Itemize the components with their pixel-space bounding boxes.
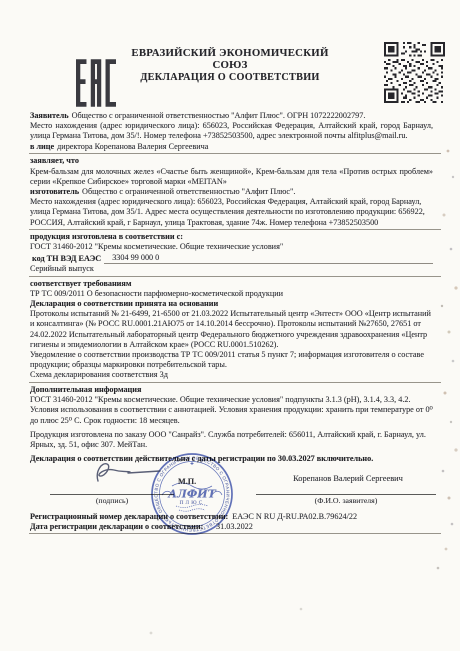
section-divider: [29, 153, 441, 154]
section-divider: [29, 276, 441, 277]
ordered-by: Продукция изготовлена по заказу ООО "Сан…: [30, 430, 433, 450]
product-description: Крем-бальзам для молочных желез «Счастье…: [30, 167, 433, 187]
section-divider: [29, 382, 441, 383]
eac-logo-icon: [76, 58, 116, 108]
manufacturer-line: изготовительОбщество с ограниченной отве…: [30, 187, 433, 197]
complies-value: ТР ТС 009/2011 О безопасности парфюмерно…: [30, 289, 433, 299]
made-in-accordance-value: ГОСТ 31460-2012 "Кремы косметические. Об…: [30, 242, 433, 252]
qr-code-icon: [384, 42, 445, 103]
tnved-line: код ТН ВЭД ЕАЭС3304 99 000 0: [30, 253, 433, 264]
manufacturer-address: Место нахождения (адрес юридического лиц…: [30, 197, 433, 228]
page-title: ДЕКЛАРАЦИЯ О СООТВЕТСТВИИ: [118, 72, 342, 84]
basis-notification: Уведомление о соответствии производства …: [30, 350, 433, 370]
applicant-name: Корепанов Валерий Сергеевич: [260, 474, 436, 484]
manufacturer-value: Общество с ограниченной ответственностью…: [82, 187, 295, 196]
manufacturer-label: изготовитель: [30, 187, 79, 196]
stamp-center-sub: ПЛЮС: [180, 500, 205, 506]
in-person-label: в лице: [30, 142, 54, 151]
signature-ink: [88, 459, 168, 489]
additional-gost: ГОСТ 31460-2012 "Кремы косметические. Об…: [30, 395, 433, 405]
additional-conditions: Условия использования в соответствии с а…: [30, 405, 433, 425]
made-in-accordance-label: продукция изготовлена в соответствии с:: [30, 232, 433, 242]
declaration-document: ЕВРАЗИЙСКИЙ ЭКОНОМИЧЕСКИЙ СОЮЗ ДЕКЛАРАЦИ…: [0, 0, 460, 651]
release-type: Серийный выпуск: [30, 264, 433, 274]
stamp-center-name: АЛФИТ: [167, 487, 217, 500]
basis-protocols: Протоколы испытаний № 21-6499, 21-6500 о…: [30, 309, 433, 350]
section-divider: [29, 229, 441, 230]
document-body: ЗаявительОбщество с ограниченной ответст…: [30, 111, 433, 536]
applicant-value: Общество с ограниченной ответственностью…: [72, 111, 366, 120]
name-caption: (Ф.И.О. заявителя): [256, 496, 436, 506]
additional-label: Дополнительная информация: [30, 385, 433, 395]
name-line: [256, 494, 436, 495]
declares-label: заявляет, что: [30, 156, 433, 166]
applicant-address: Место нахождения (адрес юридического лиц…: [30, 121, 433, 141]
basis-label: Декларация о соответствии принята на осн…: [30, 299, 433, 309]
tnved-label: код ТН ВЭД ЕАЭС: [30, 254, 101, 264]
scan-noise: [0, 0, 2, 2]
stamp-place-label: М.П.: [178, 477, 196, 487]
applicant-label: Заявитель: [30, 111, 69, 120]
signature-row: (подпись) М.П. ОБЩЕСТВО С ОГРАНИЧЕННОЙ О…: [30, 468, 433, 512]
tnved-code: 3304 99 000 0: [104, 253, 433, 264]
document-header: ЕВРАЗИЙСКИЙ ЭКОНОМИЧЕСКИЙ СОЮЗ ДЕКЛАРАЦИ…: [118, 47, 342, 84]
scheme-line: Схема декларирования соответствия 3д: [30, 370, 433, 380]
in-person-line: в лицедиректора Корепанова Валерия Серге…: [30, 142, 433, 152]
in-person-value: директора Корепанова Валерия Сергеевича: [57, 142, 208, 151]
complies-label: соответствует требованиям: [30, 279, 433, 289]
registration-number-value: ЕАЭС N RU Д-RU.РА02.В.79624/22: [232, 512, 357, 521]
union-title: ЕВРАЗИЙСКИЙ ЭКОНОМИЧЕСКИЙ СОЮЗ: [118, 47, 342, 71]
applicant-line: ЗаявительОбщество с ограниченной ответст…: [30, 111, 433, 121]
